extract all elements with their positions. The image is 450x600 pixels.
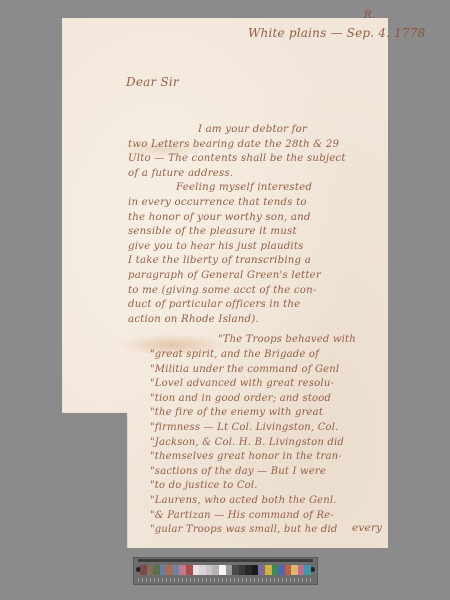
letter-line: "Lovel advanced with great resolu- (150, 378, 334, 389)
letter-line: "the fire of the enemy with great (150, 407, 323, 418)
letter-line: duct of particular officers in the (128, 299, 300, 310)
letter-line: "tion and in good order; and stood (150, 393, 331, 404)
letter-line: in every occurrence that tends to (128, 197, 307, 208)
color-patches (140, 565, 311, 575)
color-patch (199, 565, 206, 575)
letter-line: "themselves great honor in the tran- (150, 451, 342, 462)
letter-line: Feeling myself interested (176, 182, 312, 193)
color-patch (278, 565, 285, 575)
letter-line: "great spirit, and the Brigade of (150, 349, 319, 360)
color-patch (226, 565, 233, 575)
color-patch (219, 565, 226, 575)
letter-line: to me (giving some acct of the con- (128, 285, 317, 296)
letter-line: two Letters bearing date the 28th & 29 (128, 139, 339, 150)
catchword: every (352, 522, 382, 534)
letter-line: sensible of the pleasure it must (128, 226, 297, 237)
place-date: White plains — Sep. 4. 1778 (248, 26, 426, 40)
color-patch (239, 565, 246, 575)
letter-line: "Jackson, & Col. H. B. Livingston did (150, 437, 344, 448)
color-patch (265, 565, 272, 575)
color-patch (186, 565, 193, 575)
letter-line: Ulto — The contents shall be the subject (128, 153, 346, 164)
color-patch (258, 565, 265, 575)
color-patch (232, 565, 239, 575)
color-patch (193, 565, 200, 575)
letter-line: give you to hear his just plaudits (128, 241, 304, 252)
color-patch (206, 565, 213, 575)
color-patch (140, 565, 147, 575)
color-patch (298, 565, 305, 575)
letter-line: "sactions of the day — But I were (150, 466, 326, 477)
color-calibration-target (133, 557, 318, 585)
color-patch (147, 565, 154, 575)
color-patch (179, 565, 186, 575)
target-scale (138, 578, 313, 582)
letter-line: I am your debtor for (198, 124, 307, 135)
letter-line: of a future address. (128, 168, 233, 179)
color-patch (285, 565, 292, 575)
letter-line: action on Rhode Island). (128, 314, 259, 325)
color-patch (272, 565, 279, 575)
color-patch (245, 565, 252, 575)
color-patch (212, 565, 219, 575)
color-patch (304, 565, 311, 575)
letter-line: "Laurens, who acted both the Genl. (150, 495, 337, 506)
archival-mark: R. (364, 10, 375, 21)
letter-line: paragraph of General Green's letter (128, 270, 321, 281)
letter-line: "to do justice to Col. (150, 480, 258, 491)
letter-line: "The Troops behaved with (218, 334, 356, 345)
letter-line: "Militia under the command of Genl (150, 364, 339, 375)
color-patch (166, 565, 173, 575)
color-patch (160, 565, 167, 575)
letter-line: "firmness — Lt Col. Livingston, Col. (150, 422, 339, 433)
letter-line: I take the liberty of transcribing a (128, 255, 311, 266)
letter-line: "& Partizan — His command of Re- (150, 510, 334, 521)
color-patch (252, 565, 259, 575)
letter-line: "gular Troops was small, but he did (150, 524, 338, 535)
target-rule (138, 559, 313, 562)
letter-line: the honor of your worthy son, and (128, 212, 311, 223)
color-patch (173, 565, 180, 575)
salutation: Dear Sir (126, 75, 179, 89)
color-patch (153, 565, 160, 575)
color-patch (291, 565, 298, 575)
